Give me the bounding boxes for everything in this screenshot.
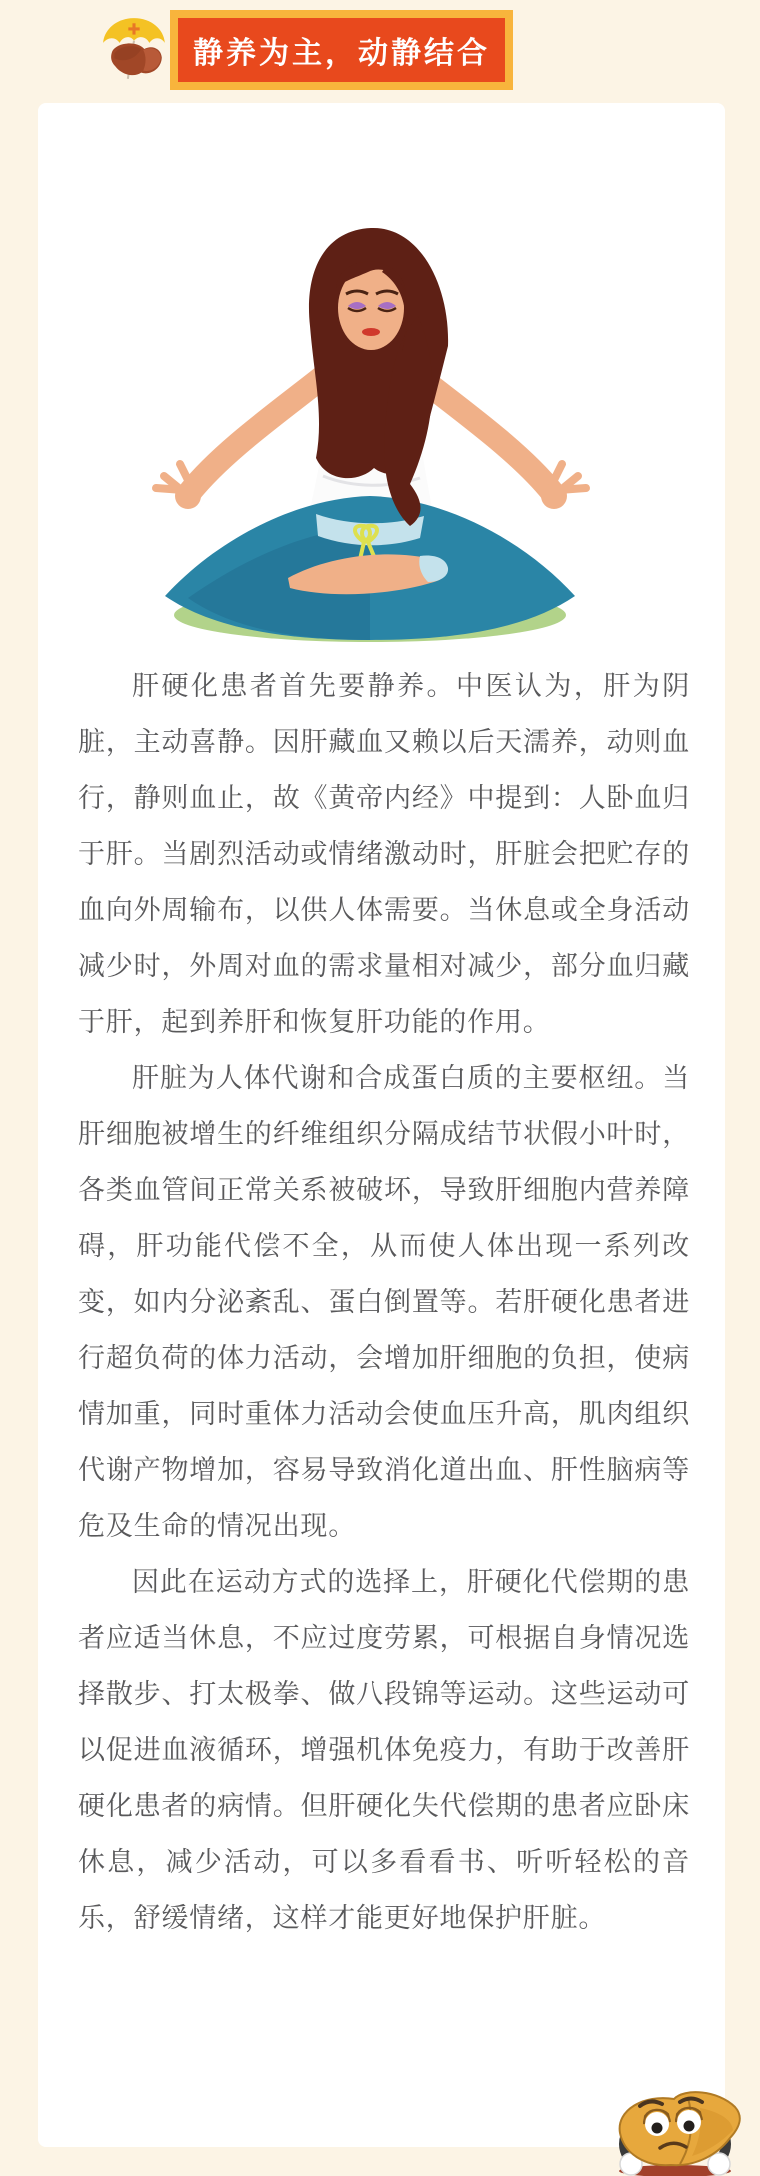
article-body: 肝硬化患者首先要静养。中医认为，肝为阴脏，主动喜静。因肝藏血又赖以后天濡养，动则…	[78, 658, 690, 1946]
article-paragraph: 肝脏为人体代谢和合成蛋白质的主要枢纽。当肝细胞被增生的纤维组织分隔成结节状假小叶…	[78, 1050, 690, 1554]
sad-liver-mascot-icon	[600, 2078, 750, 2176]
paragraph-list: 肝硬化患者首先要静养。中医认为，肝为阴脏，主动喜静。因肝藏血又赖以后天濡养，动则…	[78, 658, 690, 1946]
page-title: 静养为主，动静结合	[193, 28, 490, 72]
title-banner-inner: 静养为主，动静结合	[178, 18, 505, 82]
title-banner: 静养为主，动静结合	[170, 10, 513, 90]
meditating-woman-illustration	[128, 226, 608, 651]
article-paragraph: 肝硬化患者首先要静养。中医认为，肝为阴脏，主动喜静。因肝藏血又赖以后天濡养，动则…	[78, 658, 690, 1050]
liver-under-umbrella-icon	[98, 14, 170, 84]
article-paragraph: 因此在运动方式的选择上，肝硬化代偿期的患者应适当休息，不应过度劳累，可根据自身情…	[78, 1554, 690, 1946]
